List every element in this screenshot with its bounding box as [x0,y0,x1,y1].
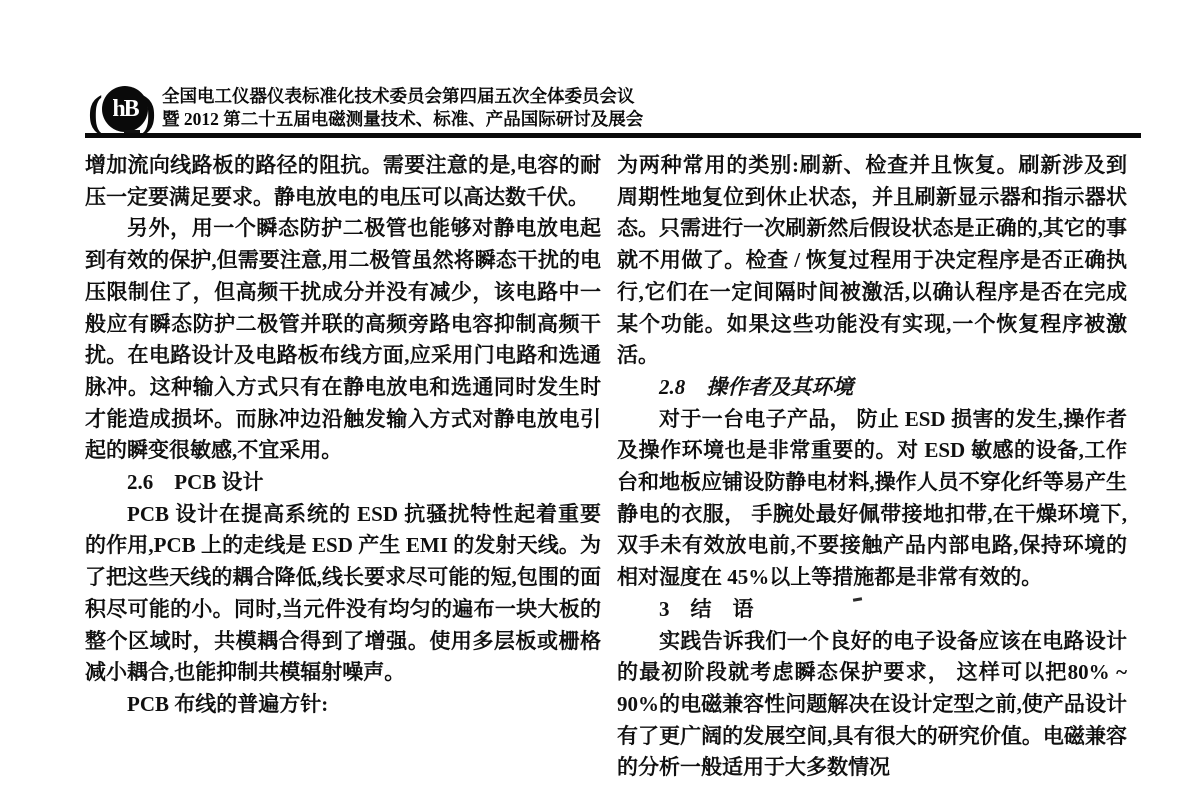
two-column-body: 增加流向线路板的路径的阻抗。需要注意的是,电容的耐压一定要满足要求。静电放电的电… [85,150,1127,803]
paragraph: 另外，用一个瞬态防护二极管也能够对静电放电起到有效的保护,但需要注意,用二极管虽… [85,213,601,467]
paragraph: PCB 布线的普遍方针: [85,689,601,721]
conference-title: 全国电工仪器仪表标准化技术委员会第四届五次全体委员会议 暨 2012 第二十五届… [162,85,682,131]
paragraph: PCB 设计在提高系统的 ESD 抗骚扰特性起着重要的作用,PCB 上的走线是 … [85,499,601,689]
conference-title-line1: 全国电工仪器仪表标准化技术委员会第四届五次全体委员会议 [162,85,682,108]
conference-header: ( hB ) 全国电工仪器仪表标准化技术委员会第四届五次全体委员会议 暨 201… [0,0,1200,146]
paragraph: 增加流向线路板的路径的阻抗。需要注意的是,电容的耐压一定要满足要求。静电放电的电… [85,150,601,213]
paragraph: 对于一台电子产品， 防止 ESD 损害的发生,操作者及操作环境也是非常重要的。对… [617,404,1127,594]
section-heading: 2.8 操作者及其环境 [617,372,1127,404]
conference-logo: ( hB ) [92,84,156,140]
logo-glyphs: hB [112,96,137,123]
conference-title-line2: 暨 2012 第二十五届电磁测量技术、标准、产品国际研讨及展会 [162,108,682,131]
scanned-paper-page: ( hB ) 全国电工仪器仪表标准化技术委员会第四届五次全体委员会议 暨 201… [0,0,1200,803]
logo-left-paren: ( [88,90,103,134]
logo-right-paren: ) [141,90,156,134]
right-column: 为两种常用的类别:刷新、检查并且恢复。刷新涉及到周期性地复位到休止状态，并且刷新… [617,150,1127,803]
left-column: 增加流向线路板的路径的阻抗。需要注意的是,电容的耐压一定要满足要求。静电放电的电… [85,150,601,803]
paragraph: 实践告诉我们一个良好的电子设备应该在电路设计的最初阶段就考虑瞬态保护要求， 这样… [617,626,1127,785]
section-heading: 3 结 语 [617,594,1127,626]
section-heading: 2.6 PCB 设计 [85,467,601,499]
paragraph: 为两种常用的类别:刷新、检查并且恢复。刷新涉及到周期性地复位到休止状态，并且刷新… [617,150,1127,372]
header-divider-rule [85,133,1141,138]
